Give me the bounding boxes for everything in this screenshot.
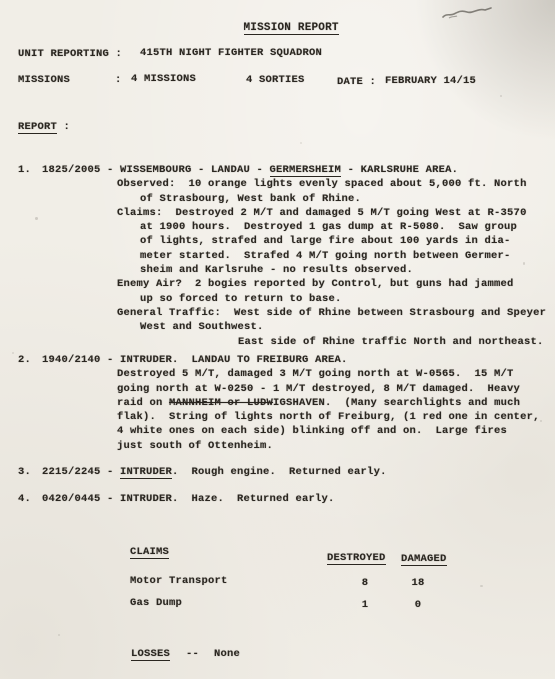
report-line: Enemy Air? 2 bogies reported by Control,… [0,277,551,291]
text-segment: Destroyed 5 M/T, damaged 3 M/T going nor… [117,368,514,380]
text-segment: General Traffic: West side of Rhine betw… [117,307,546,319]
text-segment: IGSHAVEN. (Many searchlights and much [273,397,520,409]
report-line: Claims: Destroyed 2 M/T and damaged 5 M/… [0,206,551,220]
page-title: MISSION REPORT [244,22,339,35]
report-title-row: MISSION REPORT [0,10,555,47]
report-line: at 1900 hours. Destroyed 1 gas dump at R… [0,220,551,234]
report-line: raid on MANNHEIM or LUDWIGSHAVEN. (Many … [0,396,551,410]
unit-reporting-value: 415TH NIGHT FIGHTER SQUADRON [140,47,322,59]
claims-row-damaged: 18 [403,577,433,589]
missions-label: MISSIONS [18,74,70,86]
losses-label-wrap: LOSSES [131,648,170,660]
paper-speck [58,634,60,636]
losses-label: LOSSES [131,648,170,661]
text-segment: 2215/2245 - [42,466,120,478]
text-segment: . Rough engine. Returned early. [172,466,387,478]
report-line: up so forced to return to base. [0,292,551,306]
report-line: just south of Ottenheim. [0,439,551,453]
motor-transport-destroyed: 8 [350,577,380,589]
underlined-text: GERMERSHEIM [270,164,342,177]
mission-item-3: 3.2215/2245 - INTRUDER. Rough engine. Re… [0,465,551,479]
text-segment: of lights, strafed and large fire about … [140,235,511,247]
losses-separator: -- [186,648,199,660]
claims-row-damaged: 0 [403,599,433,611]
text-segment: at 1900 hours. Destroyed 1 gas dump at R… [140,221,517,233]
report-line: 4.0420/0445 - INTRUDER. Haze. Returned e… [0,492,551,506]
unit-reporting-label: UNIT REPORTING : [18,48,122,60]
text-segment: 4 white ones on each side) blinking off … [117,425,507,437]
item-number: 2. [18,353,31,367]
date-value: FEBRUARY 14/15 [385,75,476,87]
report-line: flak). String of lights north of Freibur… [0,410,551,424]
report-line: of lights, strafed and large fire about … [0,234,551,248]
text-segment: Observed: 10 orange lights evenly spaced… [117,178,527,190]
text-segment: 1825/2005 - WISSEMBOURG - LANDAU - [42,164,270,176]
claims-title-wrap: CLAIMS [130,546,169,558]
report-line: Destroyed 5 M/T, damaged 3 M/T going nor… [0,367,551,381]
text-segment: up so forced to return to base. [140,293,342,305]
text-segment: flak). String of lights north of Freibur… [117,411,540,423]
claims-title: CLAIMS [130,546,169,559]
report-section-colon-glyph: : [64,121,71,133]
gas-dump-damaged: 0 [403,599,433,611]
missions-count: 4 MISSIONS [131,73,196,85]
report-line: Observed: 10 orange lights evenly spaced… [0,177,551,191]
text-segment: Enemy Air? 2 bogies reported by Control,… [117,278,514,290]
text-segment: Claims: Destroyed 2 M/T and damaged 5 M/… [117,207,527,219]
claims-col-damaged-wrap: DAMAGED [401,553,447,565]
text-segment: just south of Ottenheim. [117,440,273,452]
struck-text: MANNHEIM or LUDW [169,397,273,409]
motor-transport-damaged: 18 [403,577,433,589]
report-line: 2.1940/2140 - INTRUDER. LANDAU TO FREIBU… [0,353,551,367]
report-line: General Traffic: West side of Rhine betw… [0,306,551,320]
text-segment: West and Southwest. [140,321,264,333]
claims-row-label: Motor Transport [130,575,228,587]
report-line: 3.2215/2245 - INTRUDER. Rough engine. Re… [0,465,551,479]
paper-speck [300,142,302,144]
text-segment: sheim and Karlsruhe - no results observe… [140,264,413,276]
text-segment: raid on [117,397,169,409]
document-page: MISSION REPORT UNIT REPORTING : 415TH NI… [0,0,555,679]
missions-separator: : [115,74,122,86]
paper-speck [480,585,483,587]
text-segment: meter started. Strafed 4 M/T going north… [140,250,511,262]
text-segment: 0420/0445 - INTRUDER. Haze. Returned ear… [42,493,335,505]
report-line: sheim and Karlsruhe - no results observe… [0,263,551,277]
report-line: 1.1825/2005 - WISSEMBOURG - LANDAU - GER… [0,163,551,177]
item-number: 3. [18,465,31,479]
claims-col-damaged: DAMAGED [401,553,447,566]
losses-value: None [214,648,240,660]
date-label: DATE : [337,76,376,88]
text-segment: - KARLSRUHE AREA. [341,164,458,176]
report-line: of Strasbourg, West bank of Rhine. [0,192,551,206]
text-segment: going north at W-0250 - 1 M/T destroyed,… [117,383,520,395]
mission-item-1: 1.1825/2005 - WISSEMBOURG - LANDAU - GER… [0,163,551,349]
mission-item-2: 2.1940/2140 - INTRUDER. LANDAU TO FREIBU… [0,353,551,453]
underlined-text: INTRUDER [120,466,172,479]
claims-row-destroyed: 1 [350,599,380,611]
text-segment: of Strasbourg, West bank of Rhine. [140,193,361,205]
sorties-count: 4 SORTIES [246,74,305,86]
gas-dump-destroyed: 1 [350,599,380,611]
text-segment: 1940/2140 - INTRUDER. LANDAU TO FREIBURG… [42,354,348,366]
claims-row-label: Gas Dump [130,597,182,609]
report-line: East side of Rhine traffic North and nor… [0,335,551,349]
claims-row-destroyed: 8 [350,577,380,589]
report-line: West and Southwest. [0,320,551,334]
report-section-row: REPORT : [18,121,70,133]
report-section-label: REPORT [18,121,57,134]
claims-col-destroyed-wrap: DESTROYED [327,552,386,564]
mission-item-4: 4.0420/0445 - INTRUDER. Haze. Returned e… [0,492,551,506]
report-line: going north at W-0250 - 1 M/T destroyed,… [0,382,551,396]
paper-speck [500,95,502,97]
item-number: 1. [18,163,31,177]
text-segment: East side of Rhine traffic North and nor… [238,336,544,348]
report-line: meter started. Strafed 4 M/T going north… [0,249,551,263]
claims-col-destroyed: DESTROYED [327,552,386,565]
report-line: 4 white ones on each side) blinking off … [0,424,551,438]
item-number: 4. [18,492,31,506]
